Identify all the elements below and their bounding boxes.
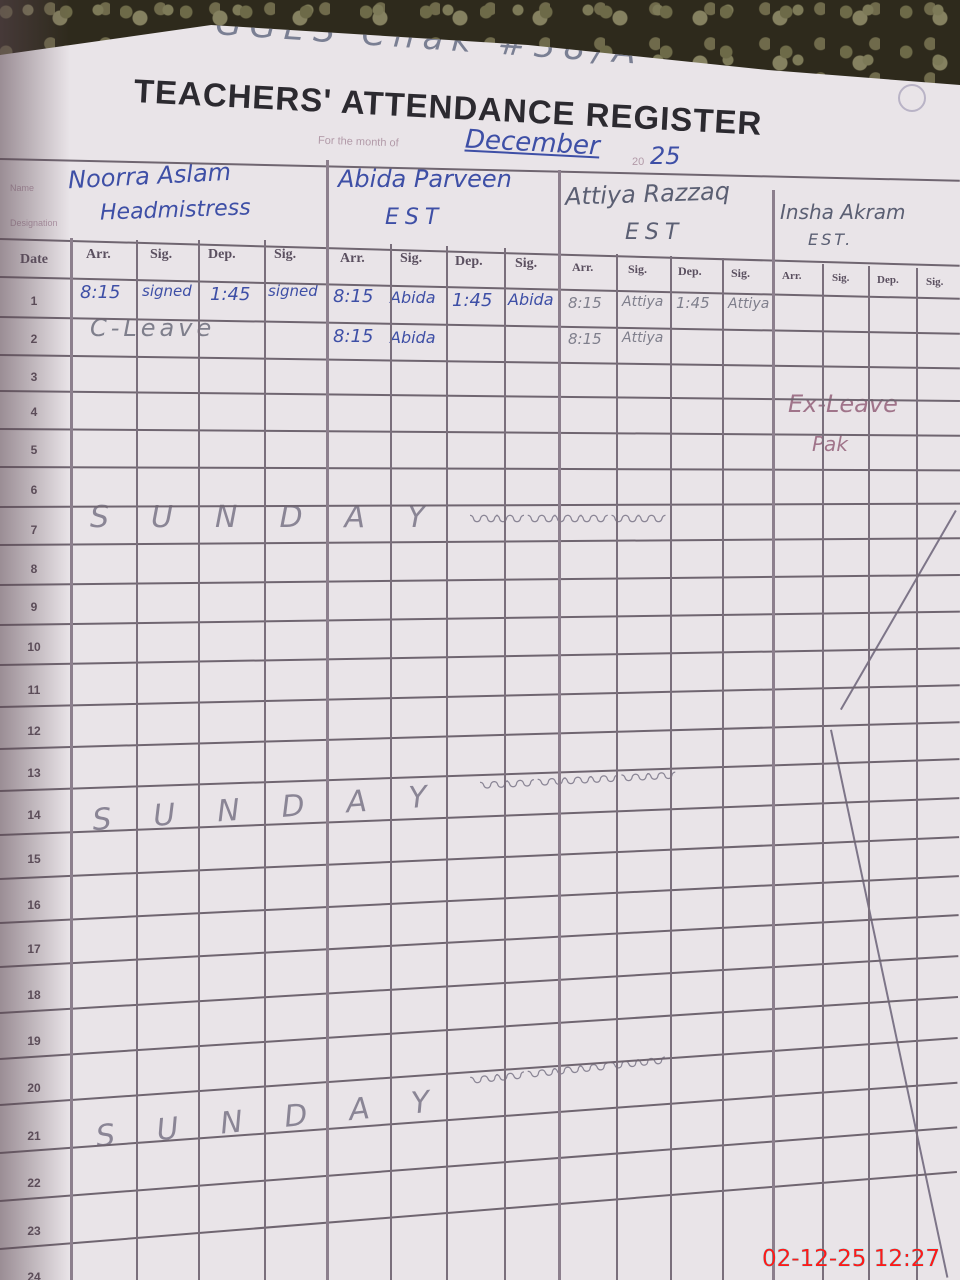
teacher-1-name: Noorra Aslam: [67, 158, 231, 194]
row-number: 18: [22, 988, 46, 1002]
row-number: 23: [22, 1224, 46, 1238]
sunday-mark-21: SUNDAY: [94, 1080, 473, 1154]
t4-sig2-header: Sig.: [926, 276, 943, 288]
row-number: 19: [22, 1034, 46, 1048]
t4-leave-note: Ex-Leave: [788, 390, 898, 418]
t1-sig2-header: Sig.: [274, 247, 296, 263]
teacher-4-designation: EST.: [808, 230, 853, 249]
designation-label: Designation: [10, 218, 58, 228]
t2-arr-header: Arr.: [340, 251, 365, 267]
row-number: 24: [22, 1270, 46, 1280]
t2-sig-header: Sig.: [400, 251, 422, 267]
sunday-mark-14: SUNDAY: [91, 777, 470, 838]
t3-row1-sig: Attiya: [622, 294, 663, 310]
row-number: 11: [22, 683, 46, 697]
month-label: For the month of: [318, 135, 399, 150]
t3-row2-sig: Attiya: [622, 330, 663, 346]
t3-sig2-header: Sig.: [731, 266, 750, 281]
row-number: 5: [22, 443, 46, 457]
t3-row2-arr: 8:15: [568, 330, 602, 348]
row-number: 8: [22, 562, 46, 576]
sunday-squiggle-21: 〰〰 〰〰〰 〰〰: [468, 1040, 665, 1100]
t3-row1-arr: 8:15: [568, 294, 602, 312]
strike-line: [830, 730, 948, 1278]
teacher-1-designation: Headmistress: [100, 195, 251, 225]
camera-timestamp: 02-12-25 12:27: [762, 1246, 940, 1272]
row-number: 15: [22, 852, 46, 866]
t2-dep-header: Dep.: [455, 254, 483, 270]
row-number: 17: [22, 942, 46, 956]
t2-row1-sig2: Abida: [508, 290, 554, 309]
teacher-4-name: Insha Akram: [780, 200, 906, 224]
row-number: 10: [22, 640, 46, 654]
teacher-3-designation: EST: [625, 220, 684, 245]
t4-arr-header: Arr.: [782, 270, 801, 282]
t1-row1-sig: signed: [142, 282, 192, 300]
t2-row1-sig: Abida: [390, 288, 436, 307]
t3-row1-sig2: Attiya: [728, 296, 769, 312]
row-number: 1: [22, 294, 46, 308]
sunday-mark-7: SUNDAY: [90, 500, 467, 535]
t1-sig-header: Sig.: [150, 247, 172, 263]
row-number: 13: [22, 766, 46, 780]
t3-arr-header: Arr.: [572, 260, 593, 275]
t2-row1-arr: 8:15: [333, 286, 373, 307]
register-title: TEACHERS' ATTENDANCE REGISTER: [133, 72, 763, 143]
teacher-2-designation: EST: [385, 205, 444, 230]
row-number: 14: [22, 808, 46, 822]
row-number: 3: [22, 370, 46, 384]
t3-row1-dep: 1:45: [676, 294, 710, 312]
row-number: 21: [22, 1129, 46, 1143]
t2-sig2-header: Sig.: [515, 256, 537, 272]
name-label: Name: [10, 183, 34, 193]
register-page: GGES Chak #38/A TEACHERS' ATTENDANCE REG…: [0, 0, 960, 1280]
t2-row2-sig: Abida: [390, 328, 436, 347]
row-number: 4: [22, 405, 46, 419]
t4-sig-header: Sig.: [832, 272, 849, 284]
t4-leave-note-2: Pak: [812, 432, 848, 456]
month-value: December: [464, 124, 600, 161]
row-number: 2: [22, 332, 46, 346]
teacher-2-name: Abida Parveen: [338, 165, 512, 193]
t1-row1-dep: 1:45: [210, 284, 250, 305]
t3-sig-header: Sig.: [628, 262, 647, 277]
sunday-squiggle-7: 〰〰 〰〰〰 〰〰: [470, 498, 664, 538]
row-number: 22: [22, 1176, 46, 1190]
date-header: Date: [20, 252, 48, 268]
row-number: 20: [22, 1081, 46, 1095]
page-tag-circle-icon: [898, 84, 926, 112]
t3-dep-header: Dep.: [678, 264, 702, 279]
t2-row2-arr: 8:15: [333, 326, 373, 347]
teacher-3-name: Attiya Razzaq: [565, 177, 731, 211]
row-number: 16: [22, 898, 46, 912]
t4-dep-header: Dep.: [877, 274, 899, 286]
row-number: 12: [22, 724, 46, 738]
t1-row1-sig2: signed: [268, 282, 318, 300]
row-number: 7: [22, 523, 46, 537]
t2-row1-dep: 1:45: [452, 290, 492, 311]
row-number: 9: [22, 600, 46, 614]
year-prefix: 20: [632, 156, 644, 168]
strike-line: [840, 510, 957, 710]
row-number: 6: [22, 483, 46, 497]
t1-arr-header: Arr.: [86, 247, 111, 263]
sunday-squiggle-14: 〰〰 〰〰〰 〰〰: [479, 755, 674, 805]
year-value: 25: [650, 142, 681, 170]
t1-row2-leave-note: C-Leave: [90, 314, 215, 342]
t1-row1-arr: 8:15: [80, 282, 120, 303]
t1-dep-header: Dep.: [208, 247, 236, 263]
